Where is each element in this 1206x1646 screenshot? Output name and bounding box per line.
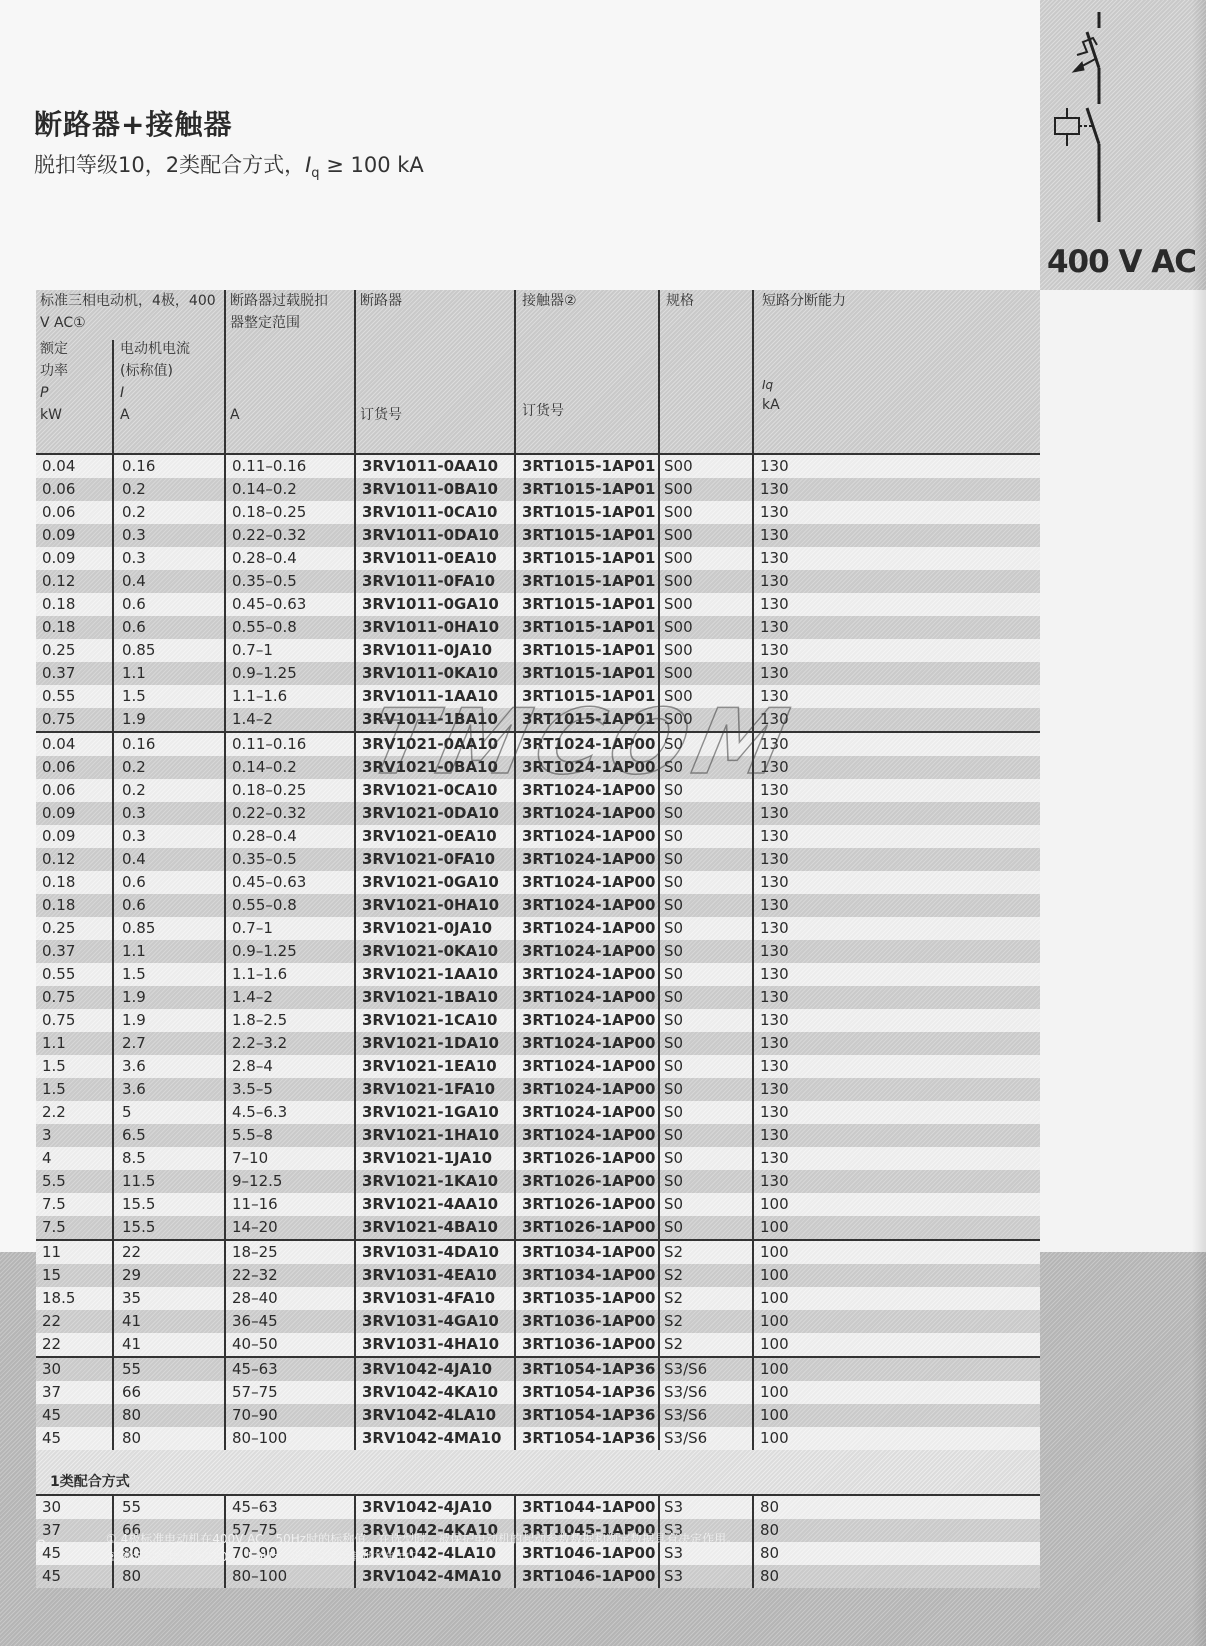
- breaking-capacity-ka: 130: [760, 1124, 789, 1147]
- table-row: 0.751.91.8–2.53RV1021-1CA103RT1024-1AP00…: [36, 1009, 1040, 1032]
- current-a: 1.9: [122, 1009, 146, 1032]
- breaker-order-no: 3RV1042-4MA10: [362, 1565, 501, 1588]
- breaking-capacity-ka: 80: [760, 1519, 779, 1542]
- contactor-order-no: 3RT1054-1AP36: [522, 1404, 655, 1427]
- size: S0: [664, 1078, 683, 1101]
- table-row: 0.250.850.7–13RV1021-0JA103RT1024-1AP00S…: [36, 917, 1040, 940]
- class1-section-label: 1类配合方式: [36, 1450, 1040, 1496]
- current-a: 0.6: [122, 871, 146, 894]
- breaker-order-no: 3RV1021-0AA10: [362, 733, 498, 756]
- breaker-order-no: 3RV1021-0EA10: [362, 825, 497, 848]
- contactor-order-no: 3RT1024-1AP00: [522, 1078, 655, 1101]
- table-row: 152922–323RV1031-4EA103RT1034-1AP00S2100: [36, 1264, 1040, 1287]
- header-breaking-capacity: 短路分断能力 Iq kA: [762, 290, 846, 450]
- table-row: 48.57–103RV1021-1JA103RT1026-1AP00S0130: [36, 1147, 1040, 1170]
- power-kw: 0.04: [42, 733, 75, 756]
- header-size: 规格: [666, 290, 694, 312]
- table-row: 224136–453RV1031-4GA103RT1036-1AP00S2100: [36, 1310, 1040, 1333]
- breaking-capacity-ka: 130: [760, 940, 789, 963]
- table-header: 标准三相电动机，4极，400 V AC① 额定功率PkW 电动机电流(标称值)I…: [36, 290, 1040, 455]
- current-a: 55: [122, 1358, 141, 1381]
- breaker-order-no: 3RV1011-0EA10: [362, 547, 497, 570]
- setting-range: 0.28–0.4: [232, 547, 297, 570]
- current-a: 5: [122, 1101, 132, 1124]
- contactor-order-no: 3RT1054-1AP36: [522, 1358, 655, 1381]
- setting-range: 0.11–0.16: [232, 455, 306, 478]
- power-kw: 0.37: [42, 662, 75, 685]
- setting-range: 0.45–0.63: [232, 593, 306, 616]
- size: S0: [664, 963, 683, 986]
- footnotes: ① 4极标准电动机在400V AC，50Hz时的标称值。在选型时，被保护电动机的…: [106, 1530, 738, 1566]
- size: S0: [664, 779, 683, 802]
- breaker-order-no: 3RV1031-4GA10: [362, 1310, 499, 1333]
- setting-range: 0.22–0.32: [232, 524, 306, 547]
- breaking-capacity-ka: 130: [760, 1101, 789, 1124]
- contactor-order-no: 3RT1024-1AP00: [522, 963, 655, 986]
- breaker-order-no: 3RV1031-4EA10: [362, 1264, 497, 1287]
- contactor-order-no: 3RT1024-1AP00: [522, 917, 655, 940]
- current-a: 0.85: [122, 917, 155, 940]
- table-row: 0.751.91.4–23RV1011-1BA103RT1015-1AP01S0…: [36, 708, 1040, 731]
- breaker-order-no: 3RV1021-1CA10: [362, 1009, 498, 1032]
- breaking-capacity-ka: 100: [760, 1241, 789, 1264]
- contactor-order-no: 3RT1036-1AP00: [522, 1333, 655, 1356]
- current-a: 0.6: [122, 593, 146, 616]
- breaking-capacity-ka: 130: [760, 1078, 789, 1101]
- size: S0: [664, 894, 683, 917]
- size: S0: [664, 1009, 683, 1032]
- current-a: 35: [122, 1287, 141, 1310]
- breaking-capacity-ka: 130: [760, 894, 789, 917]
- table-row: 7.515.514–203RV1021-4BA103RT1026-1AP00S0…: [36, 1216, 1040, 1239]
- breaker-order-no: 3RV1021-4AA10: [362, 1193, 498, 1216]
- current-a: 1.9: [122, 708, 146, 731]
- current-a: 6.5: [122, 1124, 146, 1147]
- contactor-order-no: 3RT1044-1AP00: [522, 1496, 655, 1519]
- setting-range: 1.4–2: [232, 708, 273, 731]
- power-kw: 0.75: [42, 708, 75, 731]
- table-row: 0.551.51.1–1.63RV1011-1AA103RT1015-1AP01…: [36, 685, 1040, 708]
- contactor-order-no: 3RT1015-1AP01: [522, 685, 655, 708]
- current-a: 41: [122, 1333, 141, 1356]
- table-row: 2.254.5–6.33RV1021-1GA103RT1024-1AP00S01…: [36, 1101, 1040, 1124]
- selection-table: 标准三相电动机，4极，400 V AC① 额定功率PkW 电动机电流(标称值)I…: [36, 290, 1040, 1588]
- breaking-capacity-ka: 130: [760, 848, 789, 871]
- table-row: 0.371.10.9–1.253RV1021-0KA103RT1024-1AP0…: [36, 940, 1040, 963]
- title-block: 断路器+接触器 脱扣等级10，2类配合方式，Iq ≥ 100 kA: [34, 103, 424, 181]
- breaking-capacity-ka: 100: [760, 1310, 789, 1333]
- header-power: 额定功率PkW: [40, 338, 68, 426]
- contactor-order-no: 3RT1035-1AP00: [522, 1287, 655, 1310]
- size: S3/S6: [664, 1358, 707, 1381]
- power-kw: 0.18: [42, 871, 75, 894]
- power-kw: 0.37: [42, 940, 75, 963]
- breaker-order-no: 3RV1011-0AA10: [362, 455, 498, 478]
- size: S2: [664, 1333, 683, 1356]
- breaking-capacity-ka: 80: [760, 1542, 779, 1565]
- current-a: 41: [122, 1310, 141, 1333]
- breaker-order-no: 3RV1031-4HA10: [362, 1333, 499, 1356]
- setting-range: 28–40: [232, 1287, 278, 1310]
- size: S00: [664, 455, 693, 478]
- size: S0: [664, 1032, 683, 1055]
- contactor-order-no: 3RT1015-1AP01: [522, 455, 655, 478]
- current-a: 0.4: [122, 570, 146, 593]
- setting-range: 70–90: [232, 1404, 278, 1427]
- breaking-capacity-ka: 130: [760, 547, 789, 570]
- size: S0: [664, 917, 683, 940]
- setting-range: 0.18–0.25: [232, 501, 306, 524]
- table-row: 0.060.20.14–0.23RV1011-0BA103RT1015-1AP0…: [36, 478, 1040, 501]
- setting-range: 0.18–0.25: [232, 779, 306, 802]
- breaker-order-no: 3RV1021-0FA10: [362, 848, 495, 871]
- current-a: 0.2: [122, 501, 146, 524]
- size: S00: [664, 478, 693, 501]
- setting-range: 0.35–0.5: [232, 570, 297, 593]
- breaking-capacity-ka: 130: [760, 1170, 789, 1193]
- power-kw: 0.09: [42, 547, 75, 570]
- current-a: 3.6: [122, 1078, 146, 1101]
- subtitle-text: 脱扣等级10，2类配合方式，: [34, 153, 305, 177]
- current-a: 0.2: [122, 756, 146, 779]
- setting-range: 0.22–0.32: [232, 802, 306, 825]
- size: S0: [664, 1216, 683, 1239]
- power-kw: 0.06: [42, 756, 75, 779]
- current-a: 15.5: [122, 1216, 155, 1239]
- breaking-capacity-ka: 130: [760, 963, 789, 986]
- current-a: 22: [122, 1241, 141, 1264]
- power-kw: 18.5: [42, 1287, 75, 1310]
- table-row: 5.511.59–12.53RV1021-1KA103RT1026-1AP00S…: [36, 1170, 1040, 1193]
- table-row: 7.515.511–163RV1021-4AA103RT1026-1AP00S0…: [36, 1193, 1040, 1216]
- breaking-capacity-ka: 130: [760, 685, 789, 708]
- table-row: 0.120.40.35–0.53RV1021-0FA103RT1024-1AP0…: [36, 848, 1040, 871]
- contactor-order-no: 3RT1024-1AP00: [522, 802, 655, 825]
- breaker-order-no: 3RV1021-0DA10: [362, 802, 499, 825]
- current-a: 66: [122, 1381, 141, 1404]
- breaker-order-no: 3RV1031-4DA10: [362, 1241, 499, 1264]
- power-kw: 1.1: [42, 1032, 66, 1055]
- contactor-order-no: 3RT1024-1AP00: [522, 848, 655, 871]
- breaker-order-no: 3RV1021-0BA10: [362, 756, 498, 779]
- contactor-order-no: 3RT1024-1AP00: [522, 825, 655, 848]
- power-kw: 7.5: [42, 1216, 66, 1239]
- current-a: 80: [122, 1404, 141, 1427]
- size: S00: [664, 616, 693, 639]
- power-kw: 5.5: [42, 1170, 66, 1193]
- breaker-order-no: 3RV1011-0KA10: [362, 662, 498, 685]
- size: S3/S6: [664, 1404, 707, 1427]
- contactor-order-no: 3RT1036-1AP00: [522, 1310, 655, 1333]
- size: S3/S6: [664, 1427, 707, 1450]
- table-row: 112218–253RV1031-4DA103RT1034-1AP00S2100: [36, 1239, 1040, 1264]
- setting-range: 2.2–3.2: [232, 1032, 287, 1055]
- power-kw: 0.09: [42, 524, 75, 547]
- subtitle-value: ≥ 100 kA: [320, 153, 424, 177]
- table-row: 0.090.30.22–0.323RV1021-0DA103RT1024-1AP…: [36, 802, 1040, 825]
- breaking-capacity-ka: 100: [760, 1427, 789, 1450]
- size: S00: [664, 524, 693, 547]
- contactor-order-no: 3RT1015-1AP01: [522, 570, 655, 593]
- header-breaker: 断路器 订货号: [360, 290, 402, 450]
- contactor-order-no: 3RT1024-1AP00: [522, 1124, 655, 1147]
- setting-range: 0.35–0.5: [232, 848, 297, 871]
- breaking-capacity-ka: 130: [760, 1009, 789, 1032]
- breaker-order-no: 3RV1021-0JA10: [362, 917, 492, 940]
- power-kw: 15: [42, 1264, 61, 1287]
- contactor-order-no: 3RT1024-1AP00: [522, 1101, 655, 1124]
- table-row: 0.040.160.11–0.163RV1011-0AA103RT1015-1A…: [36, 455, 1040, 478]
- breaking-capacity-ka: 130: [760, 501, 789, 524]
- table-row: 0.060.20.18–0.253RV1021-0CA103RT1024-1AP…: [36, 779, 1040, 802]
- table-row: 18.53528–403RV1031-4FA103RT1035-1AP00S21…: [36, 1287, 1040, 1310]
- breaking-capacity-ka: 130: [760, 779, 789, 802]
- contactor-order-no: 3RT1026-1AP00: [522, 1147, 655, 1170]
- contactor-order-no: 3RT1024-1AP00: [522, 986, 655, 1009]
- power-kw: 11: [42, 1241, 61, 1264]
- subtitle-subscript: q: [311, 166, 319, 181]
- setting-range: 0.7–1: [232, 639, 273, 662]
- contactor-order-no: 3RT1024-1AP00: [522, 756, 655, 779]
- breaker-order-no: 3RV1011-0GA10: [362, 593, 499, 616]
- header-setting-range: 断路器过载脱扣器整定范围 A: [230, 290, 328, 334]
- breaker-order-no: 3RV1021-1FA10: [362, 1078, 495, 1101]
- breaker-order-no: 3RV1021-1KA10: [362, 1170, 498, 1193]
- breaker-order-no: 3RV1042-4KA10: [362, 1381, 498, 1404]
- breaker-order-no: 3RV1011-0JA10: [362, 639, 492, 662]
- contactor-order-no: 3RT1015-1AP01: [522, 524, 655, 547]
- header-current: 电动机电流(标称值)IA: [120, 338, 190, 426]
- size: S0: [664, 1124, 683, 1147]
- power-kw: 0.25: [42, 639, 75, 662]
- breaking-capacity-ka: 100: [760, 1333, 789, 1356]
- page-edge-shadow: [1192, 0, 1206, 1646]
- power-kw: 0.18: [42, 593, 75, 616]
- breaking-capacity-ka: 130: [760, 616, 789, 639]
- contactor-order-no: 3RT1024-1AP00: [522, 1032, 655, 1055]
- breaker-order-no: 3RV1011-0BA10: [362, 478, 498, 501]
- setting-range: 4.5–6.3: [232, 1101, 287, 1124]
- contactor-order-no: 3RT1054-1AP36: [522, 1427, 655, 1450]
- breaker-order-no: 3RV1042-4MA10: [362, 1427, 501, 1450]
- size: S0: [664, 756, 683, 779]
- size: S00: [664, 570, 693, 593]
- power-kw: 0.75: [42, 986, 75, 1009]
- table-row: 1.12.72.2–3.23RV1021-1DA103RT1024-1AP00S…: [36, 1032, 1040, 1055]
- breaking-capacity-ka: 130: [760, 662, 789, 685]
- breaking-capacity-ka: 80: [760, 1565, 779, 1588]
- contactor-order-no: 3RT1015-1AP01: [522, 616, 655, 639]
- table-row: 458080–1003RV1042-4MA103RT1054-1AP36S3/S…: [36, 1427, 1040, 1450]
- size: S2: [664, 1310, 683, 1333]
- contactor-order-no: 3RT1024-1AP00: [522, 1009, 655, 1032]
- size: S2: [664, 1287, 683, 1310]
- power-kw: 3: [42, 1124, 52, 1147]
- power-kw: 0.09: [42, 802, 75, 825]
- contactor-order-no: 3RT1024-1AP00: [522, 779, 655, 802]
- power-kw: 22: [42, 1310, 61, 1333]
- breaker-order-no: 3RV1011-0HA10: [362, 616, 499, 639]
- current-a: 1.1: [122, 940, 146, 963]
- current-a: 1.1: [122, 662, 146, 685]
- setting-range: 7–10: [232, 1147, 268, 1170]
- power-kw: 1.5: [42, 1078, 66, 1101]
- contactor-order-no: 3RT1024-1AP00: [522, 940, 655, 963]
- size: S0: [664, 825, 683, 848]
- breaking-capacity-ka: 130: [760, 871, 789, 894]
- breaker-order-no: 3RV1021-0HA10: [362, 894, 499, 917]
- table-row: 305545–633RV1042-4JA103RT1054-1AP36S3/S6…: [36, 1356, 1040, 1381]
- setting-range: 1.4–2: [232, 986, 273, 1009]
- current-a: 0.16: [122, 733, 155, 756]
- size: S00: [664, 501, 693, 524]
- circuit-breaker-contactor-symbol-icon: [1040, 0, 1206, 240]
- setting-range: 45–63: [232, 1496, 278, 1519]
- power-kw: 2.2: [42, 1101, 66, 1124]
- contactor-order-no: 3RT1026-1AP00: [522, 1170, 655, 1193]
- table-row: 0.250.850.7–13RV1011-0JA103RT1015-1AP01S…: [36, 639, 1040, 662]
- breaking-capacity-ka: 130: [760, 1032, 789, 1055]
- setting-range: 80–100: [232, 1427, 287, 1450]
- contactor-order-no: 3RT1015-1AP01: [522, 478, 655, 501]
- power-kw: 0.06: [42, 478, 75, 501]
- size: S3: [664, 1565, 683, 1588]
- breaking-capacity-ka: 130: [760, 524, 789, 547]
- setting-range: 0.14–0.2: [232, 756, 297, 779]
- power-kw: 0.12: [42, 570, 75, 593]
- size: S0: [664, 940, 683, 963]
- power-kw: 45: [42, 1404, 61, 1427]
- right-page-bleed: [1040, 290, 1206, 1252]
- breaker-order-no: 3RV1021-1HA10: [362, 1124, 499, 1147]
- breaking-capacity-ka: 100: [760, 1358, 789, 1381]
- table-row: 305545–633RV1042-4JA103RT1044-1AP00S380: [36, 1496, 1040, 1519]
- breaking-capacity-ka: 100: [760, 1193, 789, 1216]
- current-a: 1.9: [122, 986, 146, 1009]
- table-row: 0.180.60.45–0.633RV1021-0GA103RT1024-1AP…: [36, 871, 1040, 894]
- current-a: 0.4: [122, 848, 146, 871]
- setting-range: 36–45: [232, 1310, 278, 1333]
- current-a: 11.5: [122, 1170, 155, 1193]
- breaker-order-no: 3RV1021-4BA10: [362, 1216, 498, 1239]
- page-subtitle: 脱扣等级10，2类配合方式，Iq ≥ 100 kA: [34, 149, 424, 181]
- breaker-order-no: 3RV1042-4JA10: [362, 1358, 492, 1381]
- breaker-order-no: 3RV1011-1BA10: [362, 708, 498, 731]
- current-a: 0.3: [122, 802, 146, 825]
- table-row: 0.180.60.55–0.83RV1011-0HA103RT1015-1AP0…: [36, 616, 1040, 639]
- contactor-order-no: 3RT1015-1AP01: [522, 708, 655, 731]
- setting-range: 80–100: [232, 1565, 287, 1588]
- power-kw: 45: [42, 1427, 61, 1450]
- power-kw: 30: [42, 1358, 61, 1381]
- size: S0: [664, 848, 683, 871]
- breaker-order-no: 3RV1011-0CA10: [362, 501, 498, 524]
- breaking-capacity-ka: 130: [760, 917, 789, 940]
- contactor-order-no: 3RT1015-1AP01: [522, 639, 655, 662]
- size: S0: [664, 871, 683, 894]
- setting-range: 3.5–5: [232, 1078, 273, 1101]
- footnote-2: ② 额定控制电压为230V，50Hz，也可以采用其他控制电压。: [106, 1548, 738, 1566]
- current-a: 29: [122, 1264, 141, 1287]
- setting-range: 0.9–1.25: [232, 940, 297, 963]
- breaking-capacity-ka: 130: [760, 802, 789, 825]
- table-row: 36.55.5–83RV1021-1HA103RT1024-1AP00S0130: [36, 1124, 1040, 1147]
- power-kw: 0.06: [42, 501, 75, 524]
- power-kw: 0.18: [42, 616, 75, 639]
- setting-range: 0.7–1: [232, 917, 273, 940]
- table-row: 1.53.63.5–53RV1021-1FA103RT1024-1AP00S01…: [36, 1078, 1040, 1101]
- class2-table-body: 0.040.160.11–0.163RV1011-0AA103RT1015-1A…: [36, 455, 1040, 1450]
- current-a: 1.5: [122, 685, 146, 708]
- contactor-order-no: 3RT1024-1AP00: [522, 733, 655, 756]
- table-row: 0.090.30.22–0.323RV1011-0DA103RT1015-1AP…: [36, 524, 1040, 547]
- power-kw: 7.5: [42, 1193, 66, 1216]
- setting-range: 18–25: [232, 1241, 278, 1264]
- setting-range: 0.55–0.8: [232, 616, 297, 639]
- setting-range: 45–63: [232, 1358, 278, 1381]
- power-kw: 37: [42, 1381, 61, 1404]
- breaker-order-no: 3RV1011-0DA10: [362, 524, 499, 547]
- breaking-capacity-ka: 130: [760, 986, 789, 1009]
- breaking-capacity-ka: 100: [760, 1216, 789, 1239]
- size: S00: [664, 708, 693, 731]
- breaking-capacity-ka: 130: [760, 570, 789, 593]
- power-kw: 0.18: [42, 894, 75, 917]
- setting-range: 0.11–0.16: [232, 733, 306, 756]
- contactor-order-no: 3RT1024-1AP00: [522, 1055, 655, 1078]
- breaking-capacity-ka: 130: [760, 593, 789, 616]
- size: S0: [664, 986, 683, 1009]
- contactor-order-no: 3RT1015-1AP01: [522, 547, 655, 570]
- current-a: 80: [122, 1565, 141, 1588]
- table-row: 0.551.51.1–1.63RV1021-1AA103RT1024-1AP00…: [36, 963, 1040, 986]
- setting-range: 0.14–0.2: [232, 478, 297, 501]
- voltage-label: 400 V AC: [1047, 244, 1196, 280]
- contactor-order-no: 3RT1024-1AP00: [522, 871, 655, 894]
- header-contactor: 接触器② 订货号: [522, 290, 577, 450]
- breaking-capacity-ka: 130: [760, 455, 789, 478]
- table-row: 0.040.160.11–0.163RV1021-0AA103RT1024-1A…: [36, 731, 1040, 756]
- current-a: 0.3: [122, 547, 146, 570]
- contactor-order-no: 3RT1026-1AP00: [522, 1216, 655, 1239]
- current-a: 0.85: [122, 639, 155, 662]
- table-row: 224140–503RV1031-4HA103RT1036-1AP00S2100: [36, 1333, 1040, 1356]
- size: S0: [664, 733, 683, 756]
- breaking-capacity-ka: 100: [760, 1287, 789, 1310]
- table-row: 1.53.62.8–43RV1021-1EA103RT1024-1AP00S01…: [36, 1055, 1040, 1078]
- table-row: 0.060.20.14–0.23RV1021-0BA103RT1024-1AP0…: [36, 756, 1040, 779]
- power-kw: 45: [42, 1565, 61, 1588]
- current-a: 0.6: [122, 616, 146, 639]
- table-row: 458080–1003RV1042-4MA103RT1046-1AP00S380: [36, 1565, 1040, 1588]
- contactor-order-no: 3RT1054-1AP36: [522, 1381, 655, 1404]
- current-a: 0.6: [122, 894, 146, 917]
- table-row: 376657–753RV1042-4KA103RT1054-1AP36S3/S6…: [36, 1381, 1040, 1404]
- setting-range: 9–12.5: [232, 1170, 282, 1193]
- contactor-order-no: 3RT1015-1AP01: [522, 662, 655, 685]
- contactor-order-no: 3RT1024-1AP00: [522, 894, 655, 917]
- breaking-capacity-ka: 130: [760, 478, 789, 501]
- setting-range: 11–16: [232, 1193, 278, 1216]
- power-kw: 0.55: [42, 685, 75, 708]
- footnote-1: ① 4极标准电动机在400V AC，50Hz时的标称值。在选型时，被保护电动机的…: [106, 1530, 738, 1548]
- breaking-capacity-ka: 100: [760, 1264, 789, 1287]
- power-kw: 0.06: [42, 779, 75, 802]
- breaking-capacity-ka: 100: [760, 1381, 789, 1404]
- power-kw: 0.12: [42, 848, 75, 871]
- page-title: 断路器+接触器: [34, 103, 424, 143]
- power-kw: 0.75: [42, 1009, 75, 1032]
